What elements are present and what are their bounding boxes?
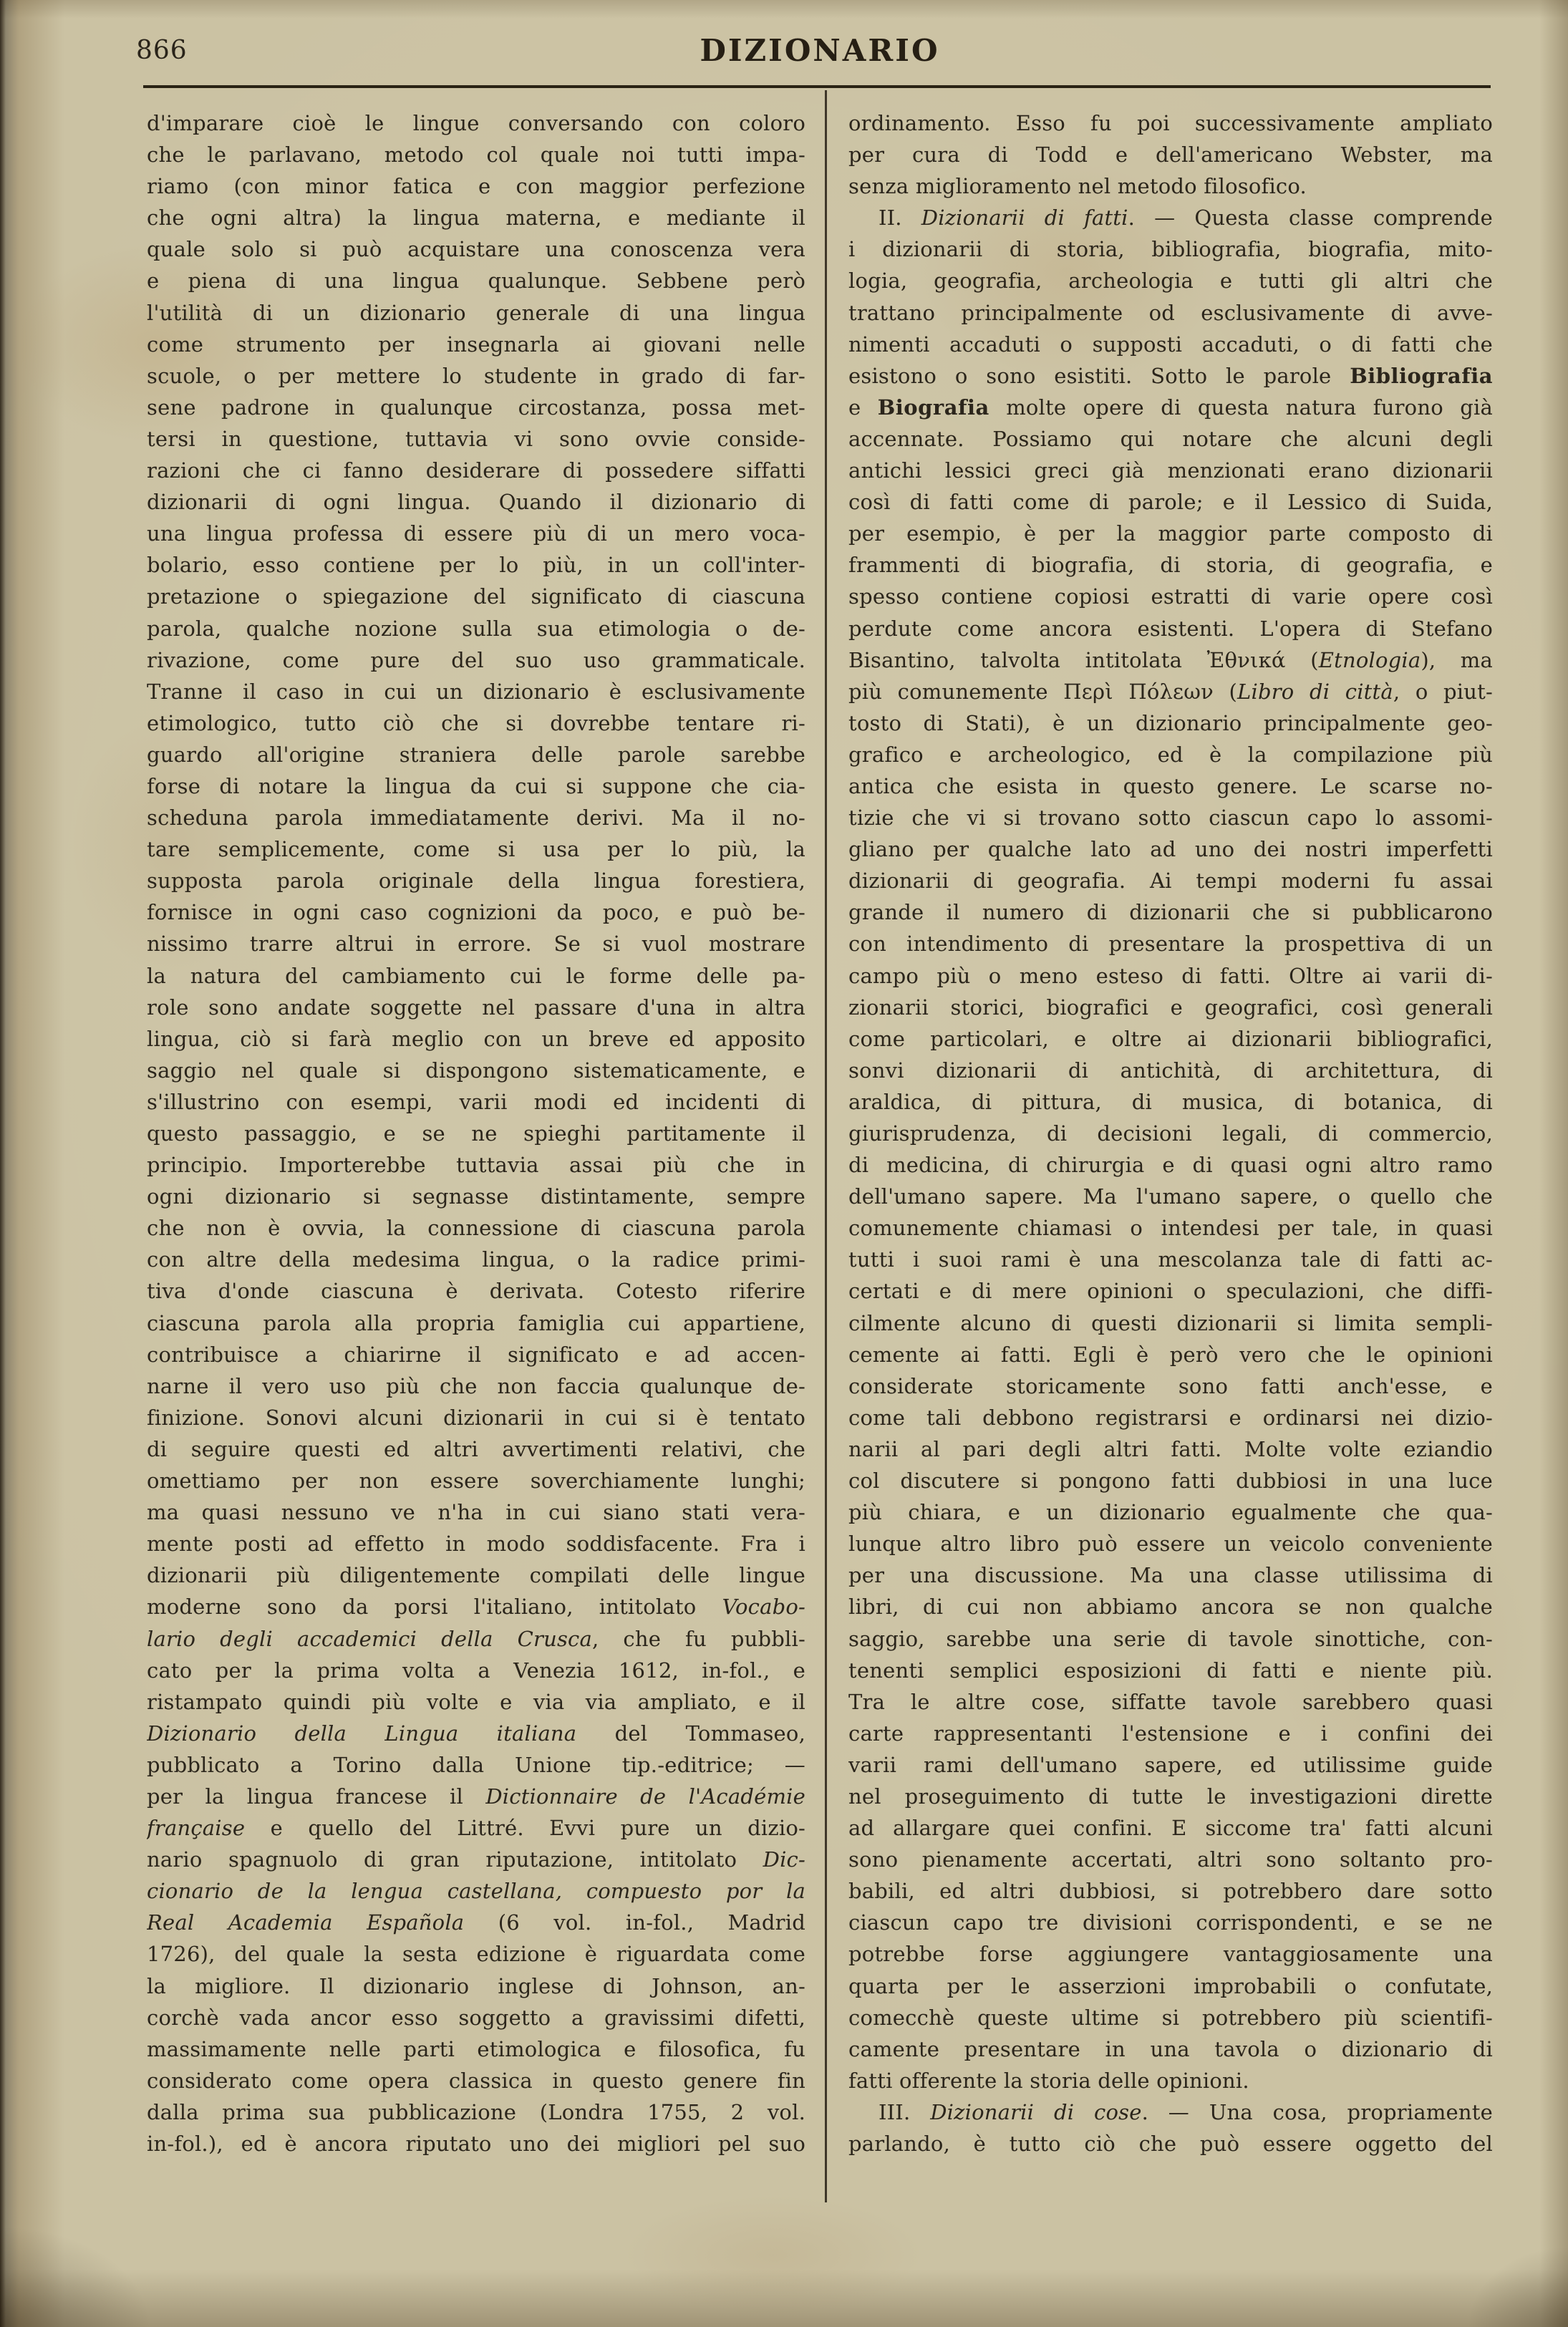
text-line: riamo (con minor fatica e con maggior pe… bbox=[147, 170, 805, 202]
italic-text: Etnologia bbox=[1319, 648, 1421, 672]
column-divider-rule bbox=[825, 90, 827, 2202]
text-line: con altre della medesima lingua, o la ra… bbox=[147, 1244, 805, 1275]
text-line: role sono andate soggette nel passare d'… bbox=[147, 992, 805, 1023]
text-line: camente presentare in una tavola o dizio… bbox=[848, 2033, 1493, 2065]
text-line: giurisprudenza, di decisioni legali, di … bbox=[848, 1118, 1493, 1149]
text-line: logia, geografia, archeologia e tutti gl… bbox=[848, 265, 1493, 296]
text-line: come particolari, e oltre ai dizionarii … bbox=[848, 1023, 1493, 1055]
text-line: i dizionarii di storia, bibliografia, bi… bbox=[848, 233, 1493, 265]
text-line: Tranne il caso in cui un dizionario è es… bbox=[147, 676, 805, 707]
text-line: cionario de la lengua castellana, compue… bbox=[147, 1875, 805, 1907]
text-line: nimenti accaduti o supposti accaduti, o … bbox=[848, 329, 1493, 360]
text-line: certati e di mere opinioni o speculazion… bbox=[848, 1275, 1493, 1307]
text-line: considerato come opera classica in quest… bbox=[147, 2065, 805, 2096]
text-line: cato per la prima volta a Venezia 1612, … bbox=[147, 1655, 805, 1686]
text-line: sono pienamente accertati, altri sono so… bbox=[848, 1844, 1493, 1875]
text-line: saggio nel quale si dispongono sistemati… bbox=[147, 1055, 805, 1086]
text-line: babili, ed altri dubbiosi, si potrebbero… bbox=[848, 1875, 1493, 1907]
text-line: trattano principalmente od esclusivament… bbox=[848, 297, 1493, 329]
text-line: parlando, è tutto ciò che può essere ogg… bbox=[848, 2128, 1493, 2159]
right-column-text: ordinamento. Esso fu poi successivamente… bbox=[848, 107, 1493, 2159]
text-line: spesso contiene copiosi estratti di vari… bbox=[848, 581, 1493, 612]
text-line: dizionarii più diligentemente compilati … bbox=[147, 1559, 805, 1591]
header-rule bbox=[143, 85, 1491, 88]
text-line: cilmente alcuno di questi dizionarii si … bbox=[848, 1307, 1493, 1339]
text-line: che le parlavano, metodo col quale noi t… bbox=[147, 139, 805, 170]
text-line: accennate. Possiamo qui notare che alcun… bbox=[848, 423, 1493, 455]
text-line: saggio, sarebbe una serie di tavole sino… bbox=[848, 1623, 1493, 1655]
text-line: etimologico, tutto ciò che si dovrebbe t… bbox=[147, 707, 805, 739]
text-line: Real Academia Española (6 vol. in-fol., … bbox=[147, 1907, 805, 1938]
text-line: Bisantino, talvolta intitolata Ἐθνικά (E… bbox=[848, 644, 1493, 676]
text-line: III. Dizionarii di cose. — Una cosa, pro… bbox=[848, 2096, 1493, 2128]
italic-text: Libro di città bbox=[1237, 679, 1393, 704]
text-line: perdute come ancora esistenti. L'opera d… bbox=[848, 613, 1493, 644]
text-line: tutti i suoi rami è una mescolanza tale … bbox=[848, 1244, 1493, 1275]
text-line: carte rappresentanti l'estensione e i co… bbox=[848, 1718, 1493, 1749]
text-line: tersi in questione, tuttavia vi sono ovv… bbox=[147, 423, 805, 455]
text-line: fornisce in ogni caso cognizioni da poco… bbox=[147, 896, 805, 928]
text-line: corchè vada ancor esso soggetto a gravis… bbox=[147, 2002, 805, 2033]
italic-text: Vocabo- bbox=[722, 1595, 806, 1619]
text-line: comunemente chiamasi o intendesi per tal… bbox=[848, 1212, 1493, 1244]
text-line: rivazione, come pure del suo uso grammat… bbox=[147, 644, 805, 676]
text-line: libri, di cui non abbiamo ancora se non … bbox=[848, 1591, 1493, 1622]
text-line: lunque altro libro può essere un veicolo… bbox=[848, 1528, 1493, 1559]
scanned-book-page: 866 DIZIONARIO d'imparare cioè le lingue… bbox=[0, 0, 1568, 2327]
running-title: DIZIONARIO bbox=[147, 33, 1493, 68]
italic-text: Real Academia Española bbox=[147, 1910, 464, 1935]
text-line: grande il numero di dizionarii che si pu… bbox=[848, 896, 1493, 928]
text-line: l'utilità di un dizionario generale di u… bbox=[147, 297, 805, 329]
text-line: tenenti semplici esposizioni di fatti e … bbox=[848, 1655, 1493, 1686]
text-line: cemente ai fatti. Egli è però vero che l… bbox=[848, 1339, 1493, 1370]
text-line: scheduna parola immediatamente derivi. M… bbox=[147, 802, 805, 833]
text-line: senza miglioramento nel metodo filosofic… bbox=[848, 170, 1493, 202]
text-line: guardo all'origine straniera delle parol… bbox=[147, 739, 805, 770]
text-line: gliano per qualche lato ad uno dei nostr… bbox=[848, 833, 1493, 865]
italic-text: Dictionnaire de l'Académie bbox=[485, 1784, 805, 1809]
text-line: la migliore. Il dizionario inglese di Jo… bbox=[147, 1970, 805, 2002]
text-line: massimamente nelle parti etimologica e f… bbox=[147, 2033, 805, 2065]
text-line: nel proseguimento di tutte le investigaz… bbox=[848, 1781, 1493, 1812]
text-line: quale solo si può acquistare una conosce… bbox=[147, 233, 805, 265]
text-line: supposta parola originale della lingua f… bbox=[147, 865, 805, 896]
text-line: ordinamento. Esso fu poi successivamente… bbox=[848, 107, 1493, 139]
text-line: fatti offerente la storia delle opinioni… bbox=[848, 2065, 1493, 2096]
text-line: sene padrone in qualunque circostanza, p… bbox=[147, 392, 805, 423]
text-line: più comunemente Περὶ Πόλεων (Libro di ci… bbox=[848, 676, 1493, 707]
text-line: sonvi dizionarii di antichità, di archit… bbox=[848, 1055, 1493, 1086]
text-line: Dizionario della Lingua italiana del Tom… bbox=[147, 1718, 805, 1749]
text-line: e piena di una lingua qualunque. Sebbene… bbox=[147, 265, 805, 296]
text-line: narii al pari degli altri fatti. Molte v… bbox=[848, 1433, 1493, 1465]
text-line: questo passaggio, e se ne spieghi partit… bbox=[147, 1118, 805, 1149]
text-line: zionarii storici, biografici e geografic… bbox=[848, 992, 1493, 1023]
text-line: s'illustrino con esempi, varii modi ed i… bbox=[147, 1086, 805, 1118]
text-line: ristampato quindi più volte e via via am… bbox=[147, 1686, 805, 1718]
text-line: moderne sono da porsi l'italiano, intito… bbox=[147, 1591, 805, 1622]
text-line: potrebbe forse aggiungere vantaggiosamen… bbox=[848, 1938, 1493, 1970]
text-line: dizionarii di geografia. Ai tempi modern… bbox=[848, 865, 1493, 896]
text-line: dizionarii di ogni lingua. Quando il diz… bbox=[147, 486, 805, 518]
italic-text: lario degli accademici della Crusca bbox=[147, 1627, 592, 1651]
bold-text: Bibliografia bbox=[1350, 364, 1493, 388]
text-line: così di fatti come di parole; e il Lessi… bbox=[848, 486, 1493, 518]
text-line: di medicina, di chirurgia e di quasi ogn… bbox=[848, 1149, 1493, 1181]
italic-text: Dizionarii di cose bbox=[930, 2100, 1141, 2124]
text-line: quarta per le asserzioni improbabili o c… bbox=[848, 1970, 1493, 2002]
text-line: frammenti di biografia, di storia, di ge… bbox=[848, 549, 1493, 581]
text-line: lario degli accademici della Crusca, che… bbox=[147, 1623, 805, 1655]
text-line: tare semplicemente, come si usa per lo p… bbox=[147, 833, 805, 865]
text-line: per esempio, è per la maggior parte comp… bbox=[848, 518, 1493, 549]
text-line: dell'umano sapere. Ma l'umano sapere, o … bbox=[848, 1181, 1493, 1212]
italic-text: Dic- bbox=[763, 1847, 805, 1872]
text-line: che non è ovvia, la connessione di ciasc… bbox=[147, 1212, 805, 1244]
text-line: considerate storicamente sono fatti anch… bbox=[848, 1370, 1493, 1402]
text-line: per la lingua francese il Dictionnaire d… bbox=[147, 1781, 805, 1812]
text-line: araldica, di pittura, di musica, di bota… bbox=[848, 1086, 1493, 1118]
bold-text: Biografia bbox=[878, 395, 989, 420]
text-line: 1726), del quale la sesta edizione è rig… bbox=[147, 1938, 805, 1970]
text-line: comecchè queste ultime si potrebbero più… bbox=[848, 2002, 1493, 2033]
text-line: con intendimento di presentare la prospe… bbox=[848, 928, 1493, 959]
text-line: ma quasi nessuno ve n'ha in cui siano st… bbox=[147, 1496, 805, 1528]
text-line: scuole, o per mettere lo studente in gra… bbox=[147, 360, 805, 392]
text-line: ciascuna parola alla propria famiglia cu… bbox=[147, 1307, 805, 1339]
italic-text: Dizionarii di fatti bbox=[921, 205, 1128, 230]
text-line: una lingua professa di essere più di un … bbox=[147, 518, 805, 549]
text-line: per una discussione. Ma una classe utili… bbox=[848, 1559, 1493, 1591]
text-line: antica che esista in questo genere. Le s… bbox=[848, 770, 1493, 802]
text-line: come tali debbono registrarsi e ordinars… bbox=[848, 1402, 1493, 1433]
text-line: pretazione o spiegazione del significato… bbox=[147, 581, 805, 612]
text-line: come strumento per insegnarla ai giovani… bbox=[147, 329, 805, 360]
text-line: esistono o sono esistiti. Sotto le parol… bbox=[848, 360, 1493, 392]
text-line: più chiara, e un dizionario egualmente c… bbox=[848, 1496, 1493, 1528]
text-line: finizione. Sonovi alcuni dizionarii in c… bbox=[147, 1402, 805, 1433]
text-line: ogni dizionario si segnasse distintament… bbox=[147, 1181, 805, 1212]
text-line: col discutere si pongono fatti dubbiosi … bbox=[848, 1465, 1493, 1496]
text-line: II. Dizionarii di fatti. — Questa classe… bbox=[848, 202, 1493, 233]
text-line: di seguire questi ed altri avvertimenti … bbox=[147, 1433, 805, 1465]
text-line: forse di notare la lingua da cui si supp… bbox=[147, 770, 805, 802]
text-line: lingua, ciò si farà meglio con un breve … bbox=[147, 1023, 805, 1055]
italic-text: française bbox=[147, 1816, 245, 1840]
text-line: razioni che ci fanno desiderare di posse… bbox=[147, 455, 805, 486]
text-line: ad allargare quei confini. E siccome tra… bbox=[848, 1812, 1493, 1844]
text-line: française e quello del Littré. Evvi pure… bbox=[147, 1812, 805, 1844]
italic-text: Dizionario della Lingua italiana bbox=[147, 1721, 576, 1746]
text-line: omettiamo per non essere soverchiamente … bbox=[147, 1465, 805, 1496]
text-line: e Biografia molte opere di questa natura… bbox=[848, 392, 1493, 423]
text-line: in-fol.), ed è ancora riputato uno dei m… bbox=[147, 2128, 805, 2159]
text-line: antichi lessici greci già menzionati era… bbox=[848, 455, 1493, 486]
text-line: dalla prima sua pubblicazione (Londra 17… bbox=[147, 2096, 805, 2128]
text-line: grafico e archeologico, ed è la compilaz… bbox=[848, 739, 1493, 770]
text-line: Tra le altre cose, siffatte tavole sareb… bbox=[848, 1686, 1493, 1718]
left-column-text: d'imparare cioè le lingue conversando co… bbox=[147, 107, 805, 2159]
text-line: tiva d'onde ciascuna è derivata. Cotesto… bbox=[147, 1275, 805, 1307]
text-line: bolario, esso contiene per lo più, in un… bbox=[147, 549, 805, 581]
text-line: d'imparare cioè le lingue conversando co… bbox=[147, 107, 805, 139]
text-line: tizie che vi si trovano sotto ciascun ca… bbox=[848, 802, 1493, 833]
text-line: ciascun capo tre divisioni corrispondent… bbox=[848, 1907, 1493, 1938]
text-line: narne il vero uso più che non faccia qua… bbox=[147, 1370, 805, 1402]
italic-text: cionario de la lengua castellana, compue… bbox=[147, 1879, 805, 1903]
text-line: nissimo trarre altrui in errore. Se si v… bbox=[147, 928, 805, 959]
text-line: nario spagnuolo di gran riputazione, int… bbox=[147, 1844, 805, 1875]
text-line: per cura di Todd e dell'americano Webste… bbox=[848, 139, 1493, 170]
text-line: campo più o meno esteso di fatti. Oltre … bbox=[848, 960, 1493, 992]
text-line: varii rami dell'umano sapere, ed utiliss… bbox=[848, 1749, 1493, 1781]
text-line: contribuisce a chiarirne il significato … bbox=[147, 1339, 805, 1370]
text-line: parola, qualche nozione sulla sua etimol… bbox=[147, 613, 805, 644]
text-line: la natura del cambiamento cui le forme d… bbox=[147, 960, 805, 992]
text-line: tosto di Stati), è un dizionario princip… bbox=[848, 707, 1493, 739]
text-line: mente posti ad effetto in modo soddisfac… bbox=[147, 1528, 805, 1559]
text-line: pubblicato a Torino dalla Unione tip.-ed… bbox=[147, 1749, 805, 1781]
text-line: che ogni altra) la lingua materna, e med… bbox=[147, 202, 805, 233]
text-line: principio. Importerebbe tuttavia assai p… bbox=[147, 1149, 805, 1181]
